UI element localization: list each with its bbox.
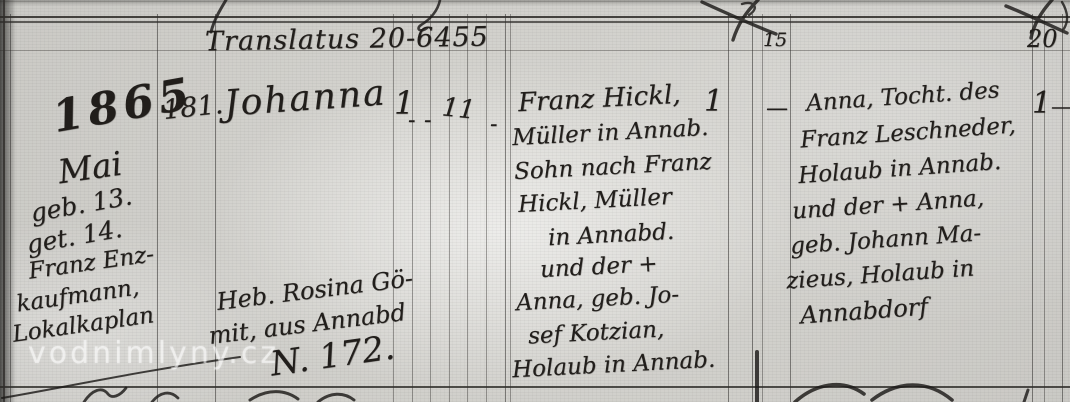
- tally-mark: -: [424, 108, 431, 133]
- ruled-line-vertical: [412, 14, 413, 402]
- tally-mark: -: [490, 112, 497, 137]
- ink-flourish: [733, 0, 758, 40]
- watermark: vodnimlyny.cz: [28, 336, 279, 371]
- father-line: sef Kotzian,: [527, 316, 664, 349]
- ruled-line-vertical: [1044, 14, 1045, 402]
- record-number: 181.: [162, 89, 225, 126]
- ruled-line-vertical: [1032, 14, 1033, 402]
- mother-line: Anna, Tocht. des: [805, 77, 1000, 116]
- father-line: Sohn nach Franz: [513, 149, 712, 185]
- ruled-line-vertical: [467, 14, 468, 402]
- ruled-line-vertical: [790, 14, 791, 402]
- father-line: und der +: [539, 251, 658, 283]
- tally-mark: 11: [441, 92, 477, 125]
- tally-mark: -: [408, 108, 415, 133]
- ink-flourish: [1024, 390, 1028, 402]
- mother-line: geb. Johann Ma-: [789, 220, 982, 259]
- ruled-line-vertical: [728, 14, 729, 402]
- mother-line: Holaub in Annab.: [797, 149, 1002, 189]
- ruled-line-horizontal: [0, 21, 1070, 23]
- tally-mark: 1: [704, 84, 723, 119]
- column-number-20: 20: [1027, 25, 1058, 53]
- ruled-line-vertical: [430, 14, 431, 402]
- father-line: in Annabd.: [547, 219, 674, 252]
- child-name: Johanna: [223, 72, 388, 124]
- father-line: Holaub in Annab.: [511, 347, 715, 384]
- father-line: Müller in Annab.: [511, 115, 709, 151]
- translatus-note: Translatus 20-6455: [205, 22, 489, 58]
- tally-mark: —: [1051, 94, 1070, 118]
- father-line: Franz Hickl,: [517, 80, 681, 118]
- ruled-line-horizontal: [0, 50, 1070, 51]
- ink-flourish: [152, 393, 178, 402]
- column-number-15: 15: [763, 29, 787, 51]
- mother-line: Franz Leschneder,: [799, 113, 1016, 154]
- register-page-scan: Translatus 20-6455 15 20 1865 Mai geb. 1…: [0, 0, 1070, 402]
- father-line: Hickl, Müller: [517, 184, 672, 218]
- ruled-line-horizontal: [0, 386, 1070, 388]
- ink-flourish: [84, 388, 126, 402]
- tally-mark: —: [766, 96, 788, 121]
- ruled-line-vertical: [752, 14, 753, 402]
- ruled-line-vertical: [762, 14, 763, 402]
- ruled-line-vertical: [505, 14, 506, 402]
- mother-line: und der + Anna,: [791, 185, 985, 224]
- mother-line: zieus, Holaub in: [785, 255, 975, 294]
- mother-line: Annabdorf: [799, 293, 929, 330]
- ruled-line-horizontal: [0, 1, 1070, 2]
- ruled-line-vertical: [486, 14, 487, 402]
- father-line: Anna, geb. Jo-: [515, 282, 679, 317]
- ruled-line-vertical: [510, 14, 511, 402]
- ruled-line-vertical: [3, 0, 5, 402]
- ruled-line-vertical: [1062, 14, 1063, 402]
- ink-flourish: [250, 392, 298, 400]
- ruled-line-vertical: [449, 14, 450, 402]
- tally-mark: 1: [1032, 86, 1051, 121]
- ink-flourish: [318, 394, 354, 402]
- ruled-line-vertical: [10, 14, 11, 402]
- ruled-line-horizontal: [0, 16, 1070, 18]
